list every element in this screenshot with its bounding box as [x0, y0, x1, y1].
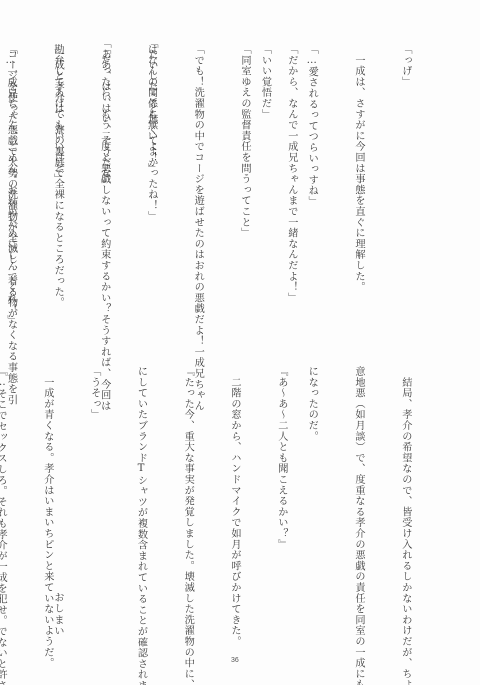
text-line: 「たいしたこと無くてよかったね！」 [143, 38, 159, 338]
text-line: 「うそっ」 [86, 366, 102, 626]
text-line: 二階の窓から、ハンドマイクで如月が呼びかけてきた。 [226, 366, 242, 626]
text-line: 『あ〜あ〜二人とも聞こえるかい？』 [273, 366, 289, 626]
text-line: 「ああ、はいはい、そうだな」 [96, 38, 112, 338]
text-line: 「だから、なんで一成兄ちゃんまで一緒なんだよ！」 [283, 44, 299, 324]
page-number: 36 [231, 657, 239, 664]
text-line: 意地悪（如月談）で、度重なる孝介の悪戯の責任を同室の一成にも問うこと [350, 366, 366, 656]
text-line: 「でも！洗濯物の中でコージを遊ばせたのはおれの悪戯だよ！一成兄ちゃん [190, 44, 206, 324]
text-line: 一成は、さすがに今回は事態を直ぐに理解した。 [350, 44, 366, 324]
text-block-top-left: 「たいしたこと無くてよかったね！」 「ああ、はいはい、そうだな」 一成と孝介は、… [0, 38, 190, 338]
text-line: 「っげ」 [397, 44, 413, 324]
manga-novel-page: 「っげ」 一成は、さすがに今回は事態を直ぐに理解した。 「…愛されるってつらいっ… [0, 0, 480, 685]
text-line: 結局、孝介の希望なので、皆受け入れるしかないわけだが、ちょっとした [397, 366, 413, 656]
text-line: 『…そこでセックスしろ。それも孝介が一成を犯せ。でないと許さん』 [0, 366, 8, 626]
text-line: 一成が青くなる。孝介はいまいちピンと来ていないようだ。 [39, 366, 55, 626]
text-line: 『たった今、重大な事実が発覚しました。壊滅した洗濯物の中に、僕が大事 [180, 366, 196, 626]
text-line: 「同室ゆえの監督責任を問うってこと」 [236, 44, 252, 324]
ending-mark: おしまい [50, 592, 65, 637]
text-line: にしていたブランドTシャツが複数含まれていることが確認されました』 [133, 366, 149, 626]
text-line: 一成と孝介は、寮の裏庭で全裸になるところだった。 [50, 38, 66, 338]
text-block-bottom-middle: 『あ〜あ〜二人とも聞こえるかい？』 二階の窓から、ハンドマイクで如月が呼びかけて… [0, 366, 320, 626]
text-line: コージを使った悪戯で大勢の洗濯物が全滅し、着る物がなくなる事態を引 [3, 38, 19, 338]
